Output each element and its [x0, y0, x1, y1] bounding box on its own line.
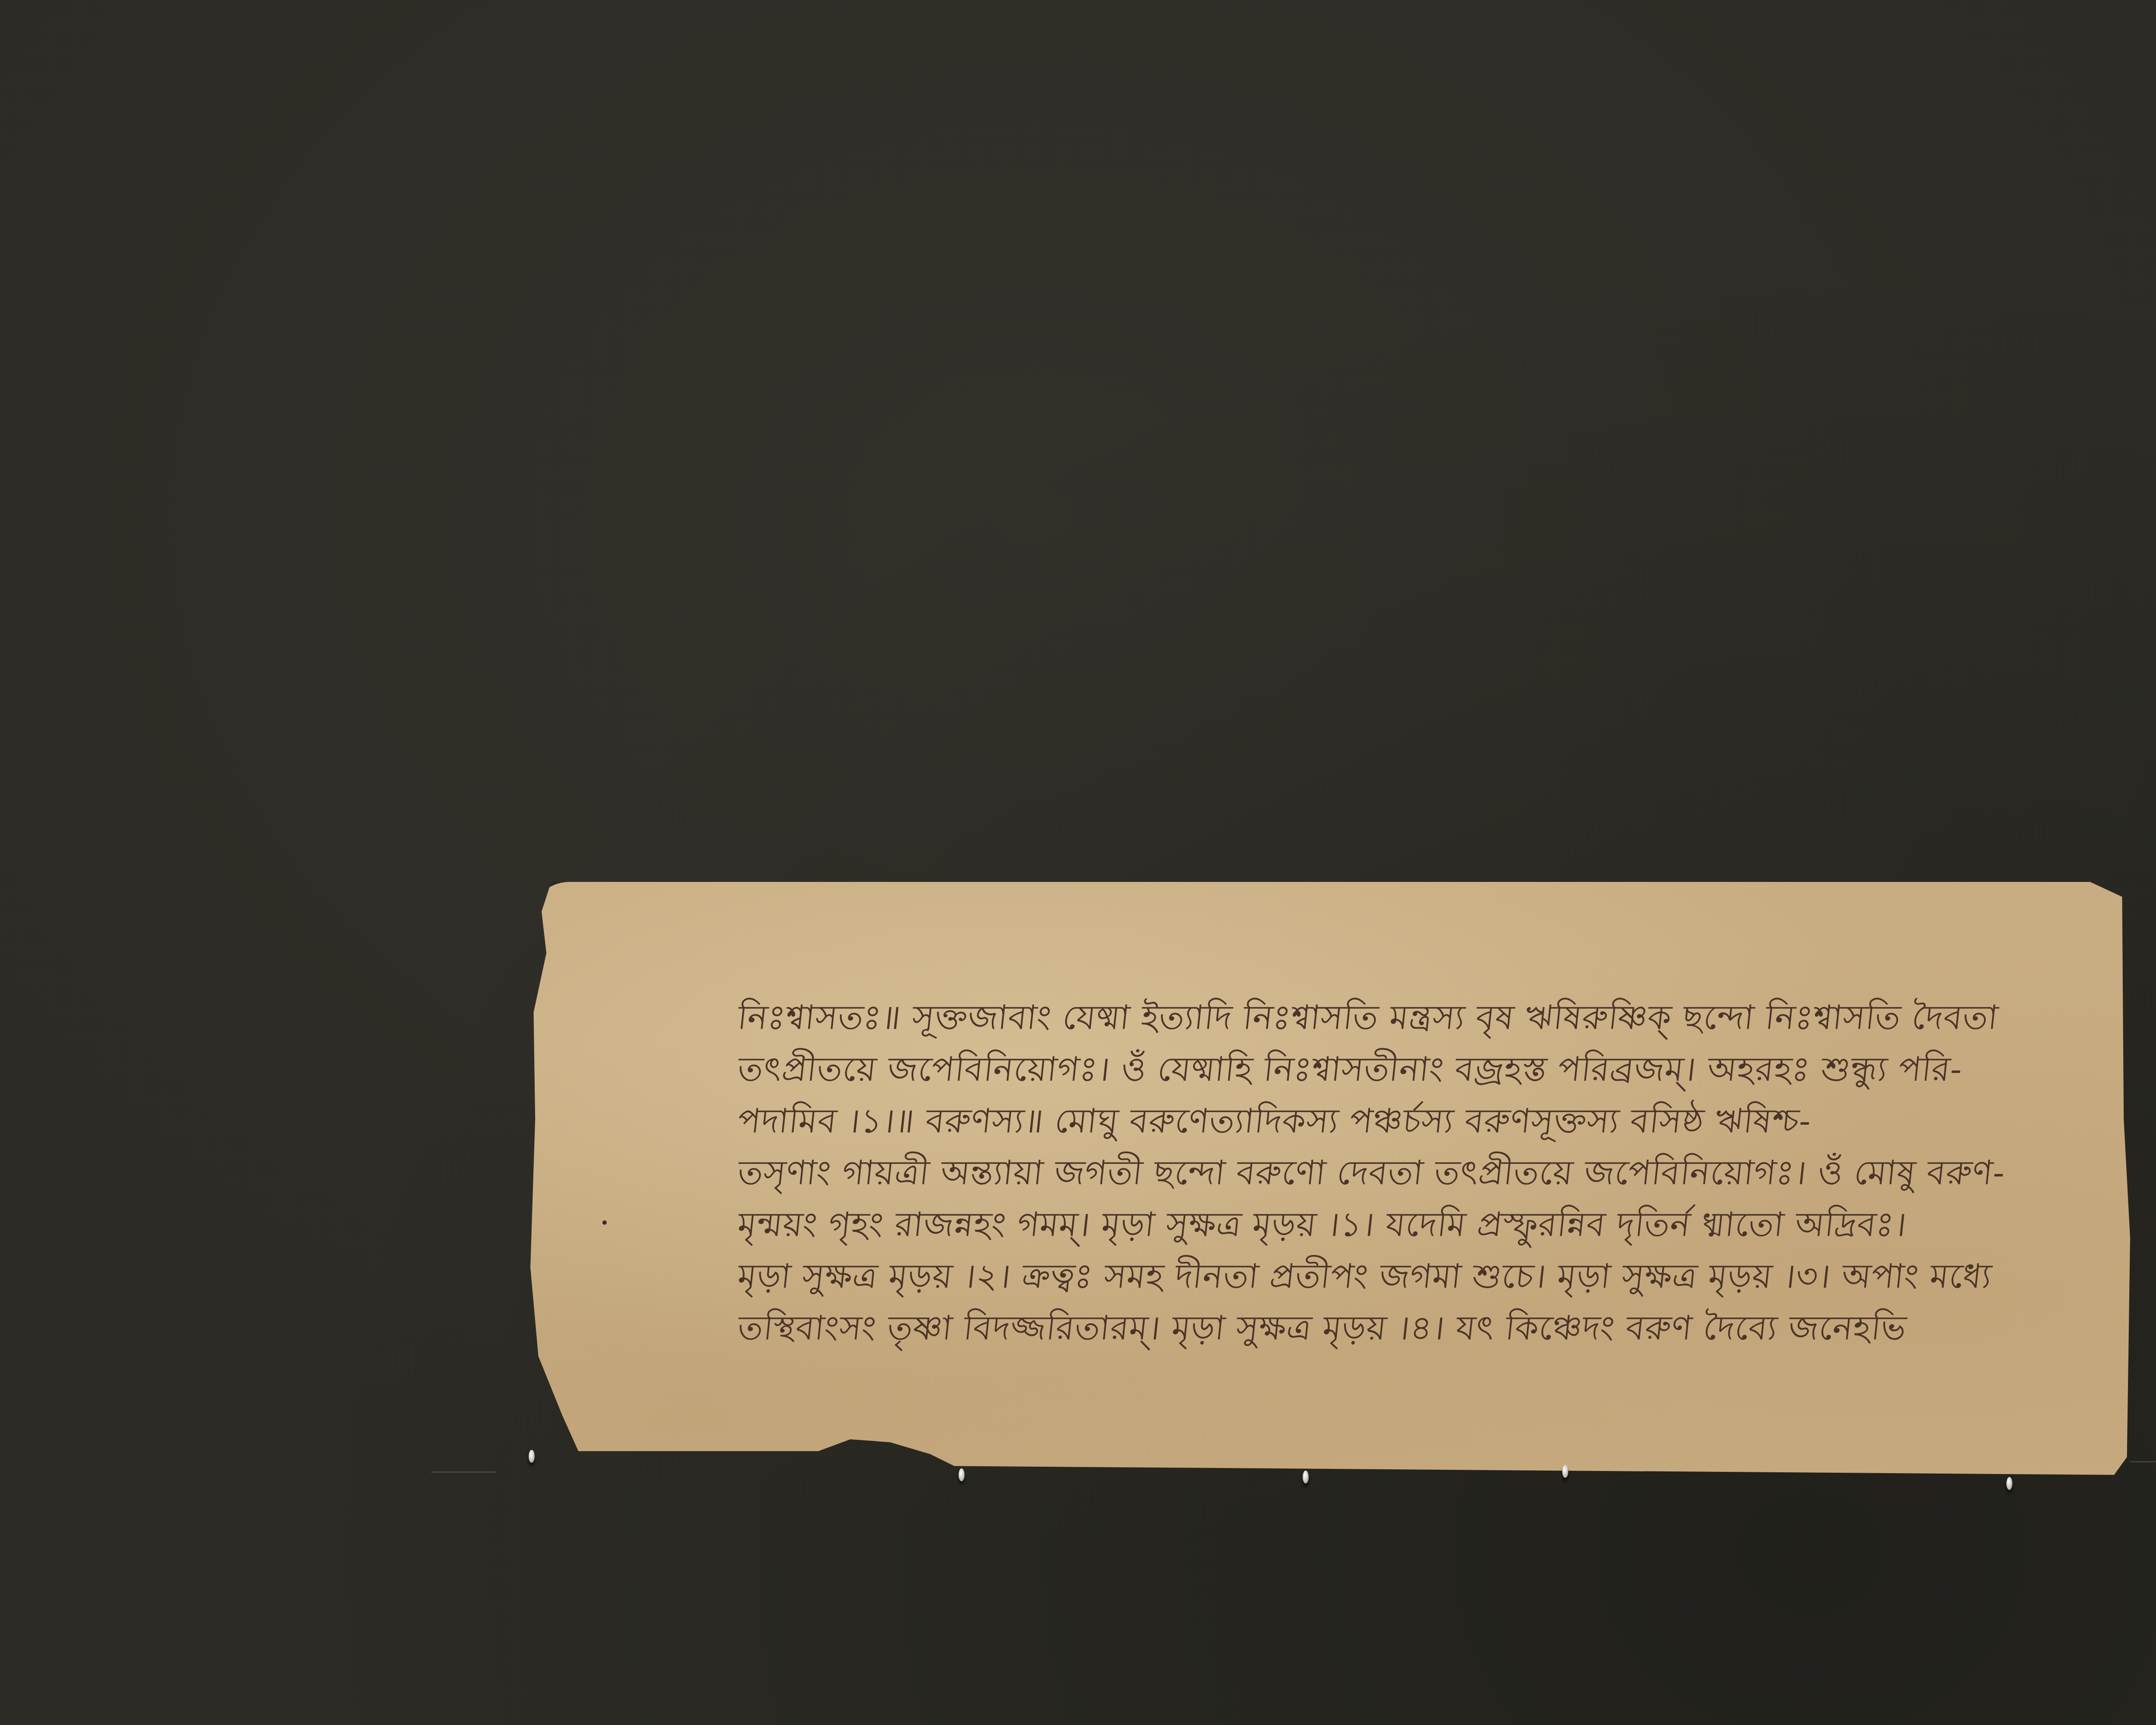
manuscript-text: নিঃশ্বাসতঃ॥ সূক্তজাবাং যেষ্মা ইত্যাদি নি… — [735, 992, 2050, 1354]
mounting-thread — [2130, 1461, 2156, 1462]
mounting-thread — [431, 1471, 496, 1473]
manuscript-leaf: নিঃশ্বাসতঃ॥ সূক্তজাবাং যেষ্মা ইত্যাদি নি… — [530, 882, 2130, 1475]
manuscript-line-5: মৃন্ময়ং গৃহং রাজন্নহং গমম্। মৃড়া সুক্ষ… — [735, 1199, 2056, 1251]
manuscript-line-2: তৎপ্রীতয়ে জপেবিনিয়োগঃ। ওঁ যেষ্মাহি নিঃ… — [735, 1044, 2056, 1095]
manuscript-line-3: পদামিব ।১।॥ বরুণস্য॥ মোঘু বরুণেত্যাদিকস্… — [735, 1095, 2056, 1147]
manuscript-line-6: মৃড়া সুক্ষত্র মৃড়য় ।২। ক্রত্বঃ সমহ দী… — [735, 1251, 2056, 1302]
ink-speck — [602, 1220, 607, 1225]
manuscript-line-1: নিঃশ্বাসতঃ॥ সূক্তজাবাং যেষ্মা ইত্যাদি নি… — [735, 992, 2056, 1044]
mounting-pin-icon — [1562, 1465, 1568, 1478]
mounting-pin-icon — [529, 1450, 535, 1463]
mounting-pin-icon — [2006, 1477, 2012, 1490]
manuscript-line-4: তসৃণাং গায়ত্রী অন্ত্যায়া জগতী ছন্দো বর… — [735, 1147, 2056, 1199]
manuscript-line-7: তস্থিবাংসং তৃষ্ণা বিদজ্জরিতারম্। মৃড়া স… — [735, 1302, 2056, 1354]
mounting-pin-icon — [959, 1468, 965, 1481]
mounting-pin-icon — [1303, 1471, 1309, 1483]
